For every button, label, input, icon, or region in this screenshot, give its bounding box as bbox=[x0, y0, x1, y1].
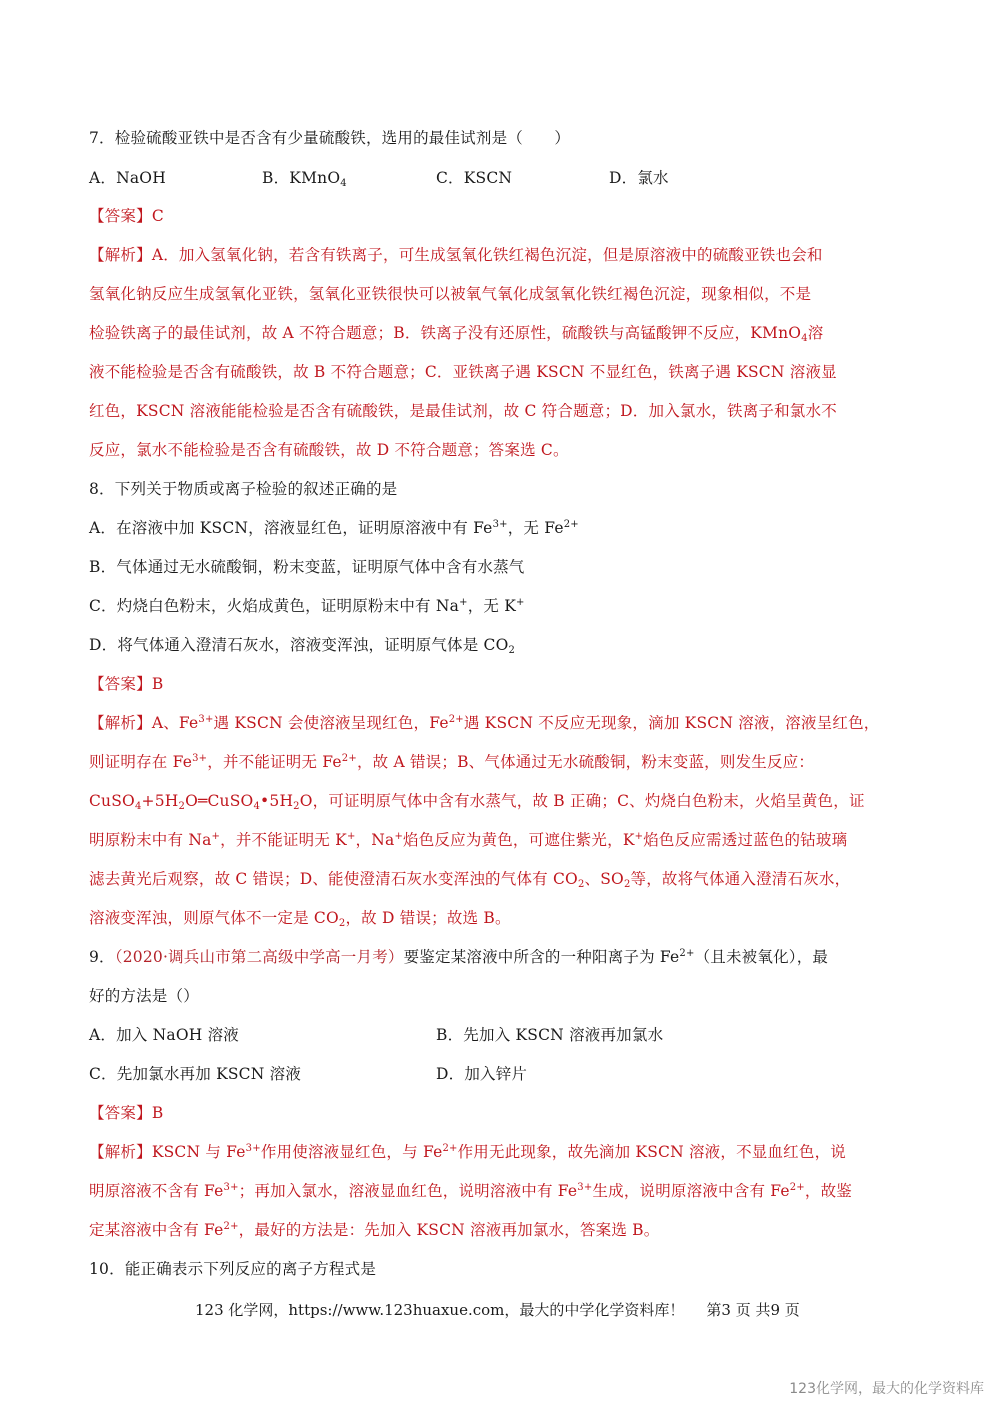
question-number: 9． bbox=[89, 948, 115, 966]
superscript: + bbox=[516, 597, 525, 608]
question-text: 要鉴定某溶液中所含的一种阳离子为 Fe bbox=[404, 948, 680, 966]
q8-option-c: C．灼烧白色粉末，火焰成黄色，证明原粉末中有 Na+，无 K+ bbox=[89, 596, 525, 616]
q7-option-d: D．氯水 bbox=[609, 168, 669, 188]
q9-option-d: D．加入锌片 bbox=[436, 1064, 527, 1084]
q7-option-b: B．KMnO4 bbox=[262, 168, 347, 188]
analysis-text: 作用无此现象，故先滴加 KSCN 溶液，不显血红色，说 bbox=[458, 1143, 846, 1161]
q8-analysis-line-3: CuSO4+5H2O═CuSO4•5H2O，可证明原气体中含有水蒸气，故 B 正… bbox=[89, 791, 865, 811]
option-text: ，无 K bbox=[468, 597, 516, 615]
answer-value: B bbox=[152, 675, 164, 693]
watermark: 123化学网，最大的化学资料库 bbox=[789, 1378, 984, 1398]
q7-option-b-sub: 4 bbox=[340, 178, 347, 189]
q8-analysis-line-2: 则证明存在 Fe3+，并不能证明无 Fe2+，故 A 错误；B、气体通过无水硫酸… bbox=[89, 752, 814, 772]
q7-analysis-line-2: 氢氧化钠反应生成氢氧化亚铁，氢氧化亚铁很快可以被氧气氧化成氢氧化铁红褐色沉淀，现… bbox=[89, 284, 811, 304]
analysis-text: A．加入氢氧化钠，若含有铁离子，可生成氢氧化铁红褐色沉淀，但是原溶液中的硫酸亚铁… bbox=[152, 246, 823, 264]
footer-site-text: 123 化学网，https://www.123huaxue.com，最大的中学化… bbox=[195, 1301, 684, 1319]
answer-value: C bbox=[152, 207, 164, 225]
answer-tag: 【答案】 bbox=[89, 675, 152, 693]
q7-analysis-line-4: 液不能检验是否含有硫酸铁，故 B 不符合题意；C．亚铁离子遇 KSCN 不显红色… bbox=[89, 362, 837, 382]
q8-option-a: A．在溶液中加 KSCN，溶液显红色，证明原溶液中有 Fe3+，无 Fe2+ bbox=[89, 518, 579, 538]
superscript: 2+ bbox=[442, 1143, 457, 1154]
analysis-tag: 【解析】 bbox=[89, 714, 152, 732]
analysis-text: ，故 D 错误；故选 B。 bbox=[345, 909, 510, 927]
q9-option-c: C．先加氯水再加 KSCN 溶液 bbox=[89, 1064, 301, 1084]
superscript: 3+ bbox=[246, 1143, 261, 1154]
superscript: + bbox=[459, 597, 468, 608]
analysis-text: ，Na bbox=[356, 831, 395, 849]
superscript: 2+ bbox=[679, 948, 694, 959]
q7-option-b-text: B．KMnO bbox=[262, 169, 340, 187]
option-text: A．在溶液中加 KSCN，溶液显红色，证明原溶液中有 Fe bbox=[89, 519, 493, 537]
superscript: + bbox=[212, 831, 221, 842]
analysis-text: 明原溶液不含有 Fe bbox=[89, 1182, 224, 1200]
q10-stem: 10．能正确表示下列反应的离子方程式是 bbox=[89, 1259, 376, 1279]
analysis-text: CuSO bbox=[89, 792, 135, 810]
q9-option-b: B．先加入 KSCN 溶液再加氯水 bbox=[436, 1025, 663, 1045]
analysis-text: 溶 bbox=[808, 324, 824, 342]
q7-option-c: C．KSCN bbox=[436, 168, 512, 188]
q8-analysis-line-4: 明原粉末中有 Na+，并不能证明无 K+，Na+焰色反应为黄色，可遮住紫光，K+… bbox=[89, 830, 847, 850]
option-text: ，无 Fe bbox=[508, 519, 564, 537]
superscript: 3+ bbox=[224, 1182, 239, 1193]
analysis-text: 遇 KSCN 不反应无现象，滴加 KSCN 溶液，溶液呈红色， bbox=[464, 714, 880, 732]
analysis-text: ，并不能证明无 Fe bbox=[207, 753, 342, 771]
analysis-text: +5H bbox=[142, 792, 179, 810]
answer-tag: 【答案】 bbox=[89, 207, 152, 225]
analysis-text: ，最好的方法是：先加入 KSCN 溶液再加氯水，答案选 B。 bbox=[239, 1221, 660, 1239]
q9-stem-line-1: 9．（2020·调兵山市第二高级中学高一月考）要鉴定某溶液中所含的一种阳离子为 … bbox=[89, 947, 828, 967]
analysis-tag: 【解析】 bbox=[89, 1143, 152, 1161]
analysis-text: 定某溶液中含有 Fe bbox=[89, 1221, 224, 1239]
analysis-text: 明原粉末中有 Na bbox=[89, 831, 212, 849]
superscript: 2+ bbox=[790, 1182, 805, 1193]
question-text: （且未被氧化），最 bbox=[695, 948, 829, 966]
superscript: 3+ bbox=[192, 753, 207, 764]
q7-analysis-line-3: 检验铁离子的最佳试剂，故 A 不符合题意；B．铁离子没有还原性，硫酸铁与高锰酸钾… bbox=[89, 323, 823, 343]
analysis-text: •5H bbox=[260, 792, 293, 810]
analysis-text: ，故鉴 bbox=[805, 1182, 852, 1200]
q8-analysis-line-5: 滤去黄光后观察，故 C 错误；D、能使澄清石灰水变浑浊的气体有 CO2、SO2等… bbox=[89, 869, 850, 889]
analysis-text: 滤去黄光后观察，故 C 错误；D、能使澄清石灰水变浑浊的气体有 CO bbox=[89, 870, 578, 888]
analysis-text: 溶液变浑浊，则原气体不一定是 CO bbox=[89, 909, 339, 927]
analysis-text: 焰色反应为黄色，可遮住紫光，K bbox=[403, 831, 635, 849]
analysis-text: 等，故将气体通入澄清石灰水， bbox=[631, 870, 851, 888]
q9-stem-line-2: 好的方法是（） bbox=[89, 986, 199, 1006]
analysis-text: O═CuSO bbox=[185, 792, 253, 810]
option-text: C．灼烧白色粉末，火焰成黄色，证明原粉末中有 Na bbox=[89, 597, 459, 615]
q9-analysis-line-2: 明原溶液不含有 Fe3+；再加入氯水，溶液显血红色，说明溶液中有 Fe3+生成，… bbox=[89, 1181, 852, 1201]
analysis-text: O，可证明原气体中含有水蒸气，故 B 正确；C、灼烧白色粉末，火焰呈黄色，证 bbox=[300, 792, 865, 810]
analysis-text: 遇 KSCN 会使溶液呈现红色，Fe bbox=[214, 714, 449, 732]
analysis-text: 生成，说明原溶液中含有 Fe bbox=[592, 1182, 789, 1200]
q8-answer: 【答案】B bbox=[89, 674, 163, 694]
analysis-text: 焰色反应需透过蓝色的钴玻璃 bbox=[643, 831, 847, 849]
analysis-text: 检验铁离子的最佳试剂，故 A 不符合题意；B．铁离子没有还原性，硫酸铁与高锰酸钾… bbox=[89, 324, 801, 342]
analysis-text: 、SO bbox=[585, 870, 624, 888]
analysis-text: ；再加入氯水，溶液显血红色，说明溶液中有 Fe bbox=[239, 1182, 578, 1200]
q9-analysis-line-1: 【解析】KSCN 与 Fe3+作用使溶液显红色，与 Fe2+作用无此现象，故先滴… bbox=[89, 1142, 846, 1162]
page-number: 第3 页 共9 页 bbox=[706, 1301, 799, 1319]
q9-answer: 【答案】B bbox=[89, 1103, 163, 1123]
document-page: 7．检验硫酸亚铁中是否含有少量硫酸铁，选用的最佳试剂是（ ） A．NaOH B．… bbox=[0, 0, 992, 1403]
superscript: 2+ bbox=[342, 753, 357, 764]
q8-stem: 8．下列关于物质或离子检验的叙述正确的是 bbox=[89, 479, 397, 499]
superscript: + bbox=[347, 831, 356, 842]
q8-option-d: D．将气体通入澄清石灰水，溶液变浑浊，证明原气体是 CO2 bbox=[89, 635, 515, 655]
q8-option-b: B．气体通过无水硫酸铜，粉末变蓝，证明原气体中含有水蒸气 bbox=[89, 557, 525, 577]
q9-analysis-line-3: 定某溶液中含有 Fe2+，最好的方法是：先加入 KSCN 溶液再加氯水，答案选 … bbox=[89, 1220, 659, 1240]
q7-answer: 【答案】C bbox=[89, 206, 164, 226]
option-text: D．将气体通入澄清石灰水，溶液变浑浊，证明原气体是 CO bbox=[89, 636, 509, 654]
analysis-text: ，并不能证明无 K bbox=[220, 831, 347, 849]
analysis-tag: 【解析】 bbox=[89, 246, 152, 264]
q7-option-a: A．NaOH bbox=[89, 168, 166, 188]
answer-value: B bbox=[152, 1104, 164, 1122]
subscript: 2 bbox=[509, 645, 516, 656]
question-source: （2020·调兵山市第二高级中学高一月考） bbox=[115, 948, 404, 966]
analysis-text: 作用使溶液显红色，与 Fe bbox=[261, 1143, 443, 1161]
q9-option-a: A．加入 NaOH 溶液 bbox=[89, 1025, 239, 1045]
q8-analysis-line-1: 【解析】A、Fe3+遇 KSCN 会使溶液呈现红色，Fe2+遇 KSCN 不反应… bbox=[89, 713, 880, 733]
superscript: 3+ bbox=[493, 519, 508, 530]
q8-analysis-line-6: 溶液变浑浊，则原气体不一定是 CO2，故 D 错误；故选 B。 bbox=[89, 908, 511, 928]
analysis-text: A、Fe bbox=[152, 714, 199, 732]
analysis-text: 则证明存在 Fe bbox=[89, 753, 192, 771]
page-footer: 123 化学网，https://www.123huaxue.com，最大的中学化… bbox=[195, 1300, 800, 1320]
superscript: + bbox=[635, 831, 644, 842]
superscript: 2+ bbox=[449, 714, 464, 725]
q7-analysis-line-1: 【解析】A．加入氢氧化钠，若含有铁离子，可生成氢氧化铁红褐色沉淀，但是原溶液中的… bbox=[89, 245, 823, 265]
superscript: 2+ bbox=[224, 1221, 239, 1232]
q7-analysis-line-5: 红色，KSCN 溶液能能检验是否含有硫酸铁，是最佳试剂，故 C 符合题意；D．加… bbox=[89, 401, 837, 421]
analysis-text: ，故 A 错误；B、气体通过无水硫酸铜，粉末变蓝，则发生反应： bbox=[357, 753, 814, 771]
superscript: 2+ bbox=[564, 519, 579, 530]
q7-analysis-line-6: 反应，氯水不能检验是否含有硫酸铁，故 D 不符合题意；答案选 C。 bbox=[89, 440, 569, 460]
q7-stem: 7．检验硫酸亚铁中是否含有少量硫酸铁，选用的最佳试剂是（ ） bbox=[89, 128, 570, 148]
superscript: 3+ bbox=[198, 714, 213, 725]
superscript: + bbox=[394, 831, 403, 842]
analysis-text: KSCN 与 Fe bbox=[152, 1143, 246, 1161]
answer-tag: 【答案】 bbox=[89, 1104, 152, 1122]
superscript: 3+ bbox=[577, 1182, 592, 1193]
